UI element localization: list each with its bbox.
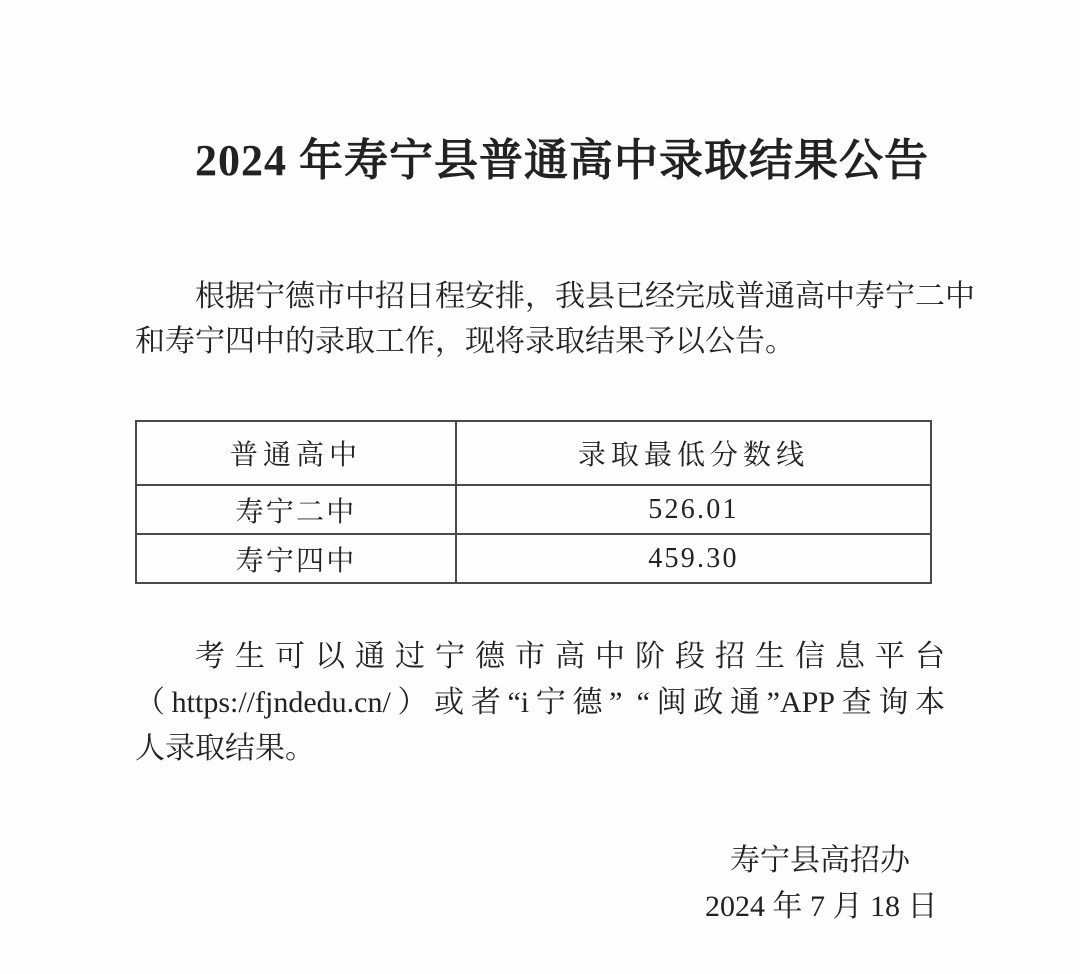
page-title: 2024 年寿宁县普通高中录取结果公告 <box>157 136 967 186</box>
school-name-cell: 寿宁二中 <box>136 485 456 534</box>
min-score-cell: 459.30 <box>456 534 931 583</box>
query-paragraph-line-1: 考生可以通过宁德市高中阶段招生信息平台 <box>135 634 945 680</box>
school-name-cell: 寿宁四中 <box>136 534 456 583</box>
intro-paragraph-line-2: 和寿宁四中的录取工作，现将录取结果予以公告。 <box>135 319 945 364</box>
issuer-signature: 寿宁县高招办 <box>705 838 935 884</box>
min-score-cell: 526.01 <box>456 485 931 534</box>
announcement-document: 2024 年寿宁县普通高中录取结果公告 根据宁德市中招日程安排，我县已经完成普通… <box>0 0 1080 930</box>
table-header-min-score: 录取最低分数线 <box>456 421 931 485</box>
intro-paragraph-line-1: 根据宁德市中招日程安排，我县已经完成普通高中寿宁二中 <box>135 274 945 319</box>
query-paragraph-line-2: （https://fjndedu.cn/）或者“i宁德” “闽政通”APP查询本 <box>135 680 945 726</box>
table-header-row: 普通高中 录取最低分数线 <box>136 421 931 485</box>
signature-block: 寿宁县高招办 2024 年 7 月 18 日 <box>705 838 935 930</box>
table-header-school: 普通高中 <box>136 421 456 485</box>
issue-date: 2024 年 7 月 18 日 <box>705 884 935 930</box>
intro-paragraph: 根据宁德市中招日程安排，我县已经完成普通高中寿宁二中 和寿宁四中的录取工作，现将… <box>135 274 945 364</box>
query-paragraph-line-3: 人录取结果。 <box>135 726 945 772</box>
table-row: 寿宁四中 459.30 <box>136 534 931 583</box>
table-row: 寿宁二中 526.01 <box>136 485 931 534</box>
query-paragraph: 考生可以通过宁德市高中阶段招生信息平台 （https://fjndedu.cn/… <box>135 634 945 772</box>
admission-results-table: 普通高中 录取最低分数线 寿宁二中 526.01 寿宁四中 459.30 <box>135 420 932 584</box>
